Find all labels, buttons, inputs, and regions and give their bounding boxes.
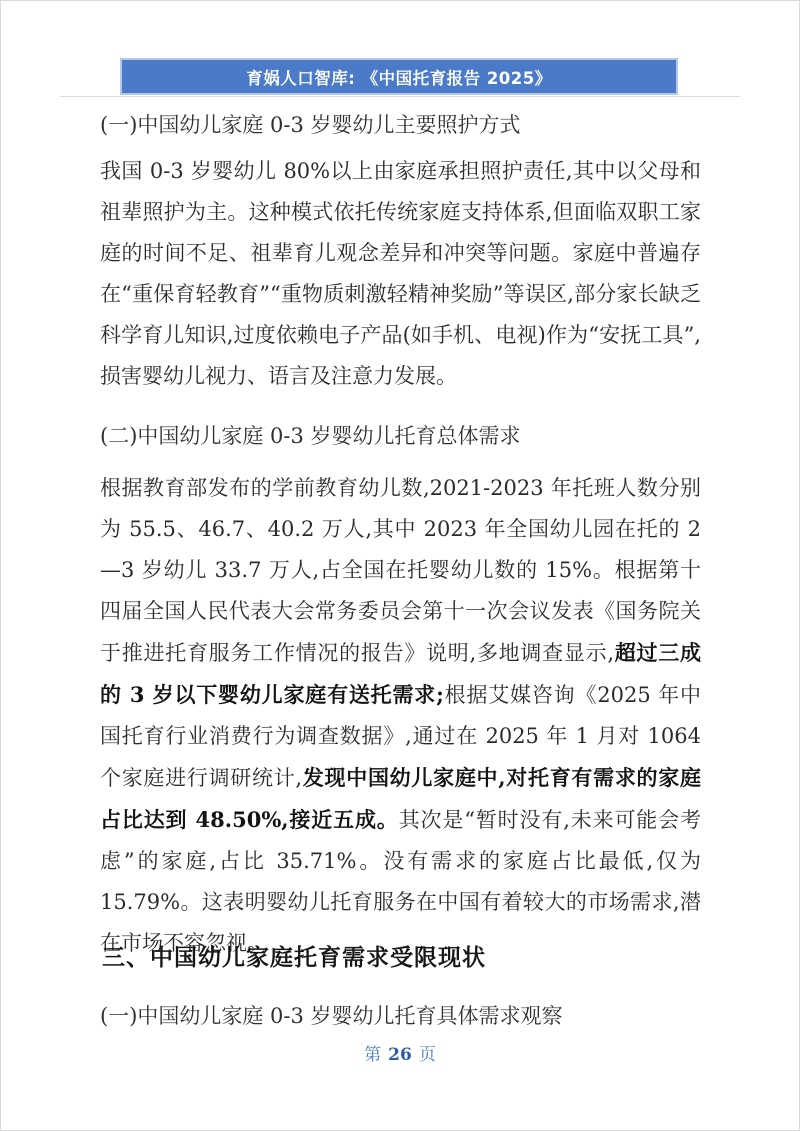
footer-suffix: 页 xyxy=(419,1045,436,1065)
paragraph-overall-demand: 根据教育部发布的学前教育幼儿数,2021-2023 年托班人数分别为 55.5、… xyxy=(100,468,701,964)
page-number: 26 xyxy=(388,1045,412,1065)
chapter-heading-demand-constraints: 三、中国幼儿家庭托育需求受限现状 xyxy=(102,939,486,972)
body-text: 我国 0-3 岁婴幼儿 80%以上由家庭承担照护责任,其中以父母和祖辈照护为主。… xyxy=(100,159,701,388)
section-heading-specific-demand: (一)中国幼儿家庭 0-3 岁婴幼儿托育具体需求观察 xyxy=(100,1000,720,1030)
section-heading-care-methods: (一)中国幼儿家庭 0-3 岁婴幼儿主要照护方式 xyxy=(100,109,720,139)
header-divider-line xyxy=(60,96,740,97)
banner-title: 育娲人口智库: 《中国托育报告 2025》 xyxy=(246,65,552,89)
body-text: 根据教育部发布的学前教育幼儿数,2021-2023 年托班人数分别为 55.5、… xyxy=(100,476,701,665)
report-header-banner: 育娲人口智库: 《中国托育报告 2025》 xyxy=(120,58,678,95)
document-page: 育娲人口智库: 《中国托育报告 2025》 (一)中国幼儿家庭 0-3 岁婴幼儿… xyxy=(0,0,800,1131)
page-footer: 第26页 xyxy=(0,1040,800,1065)
paragraph-care-methods: 我国 0-3 岁婴幼儿 80%以上由家庭承担照护责任,其中以父母和祖辈照护为主。… xyxy=(100,151,701,397)
footer-prefix: 第 xyxy=(364,1045,381,1065)
section-heading-overall-demand: (二)中国幼儿家庭 0-3 岁婴幼儿托育总体需求 xyxy=(100,420,720,450)
